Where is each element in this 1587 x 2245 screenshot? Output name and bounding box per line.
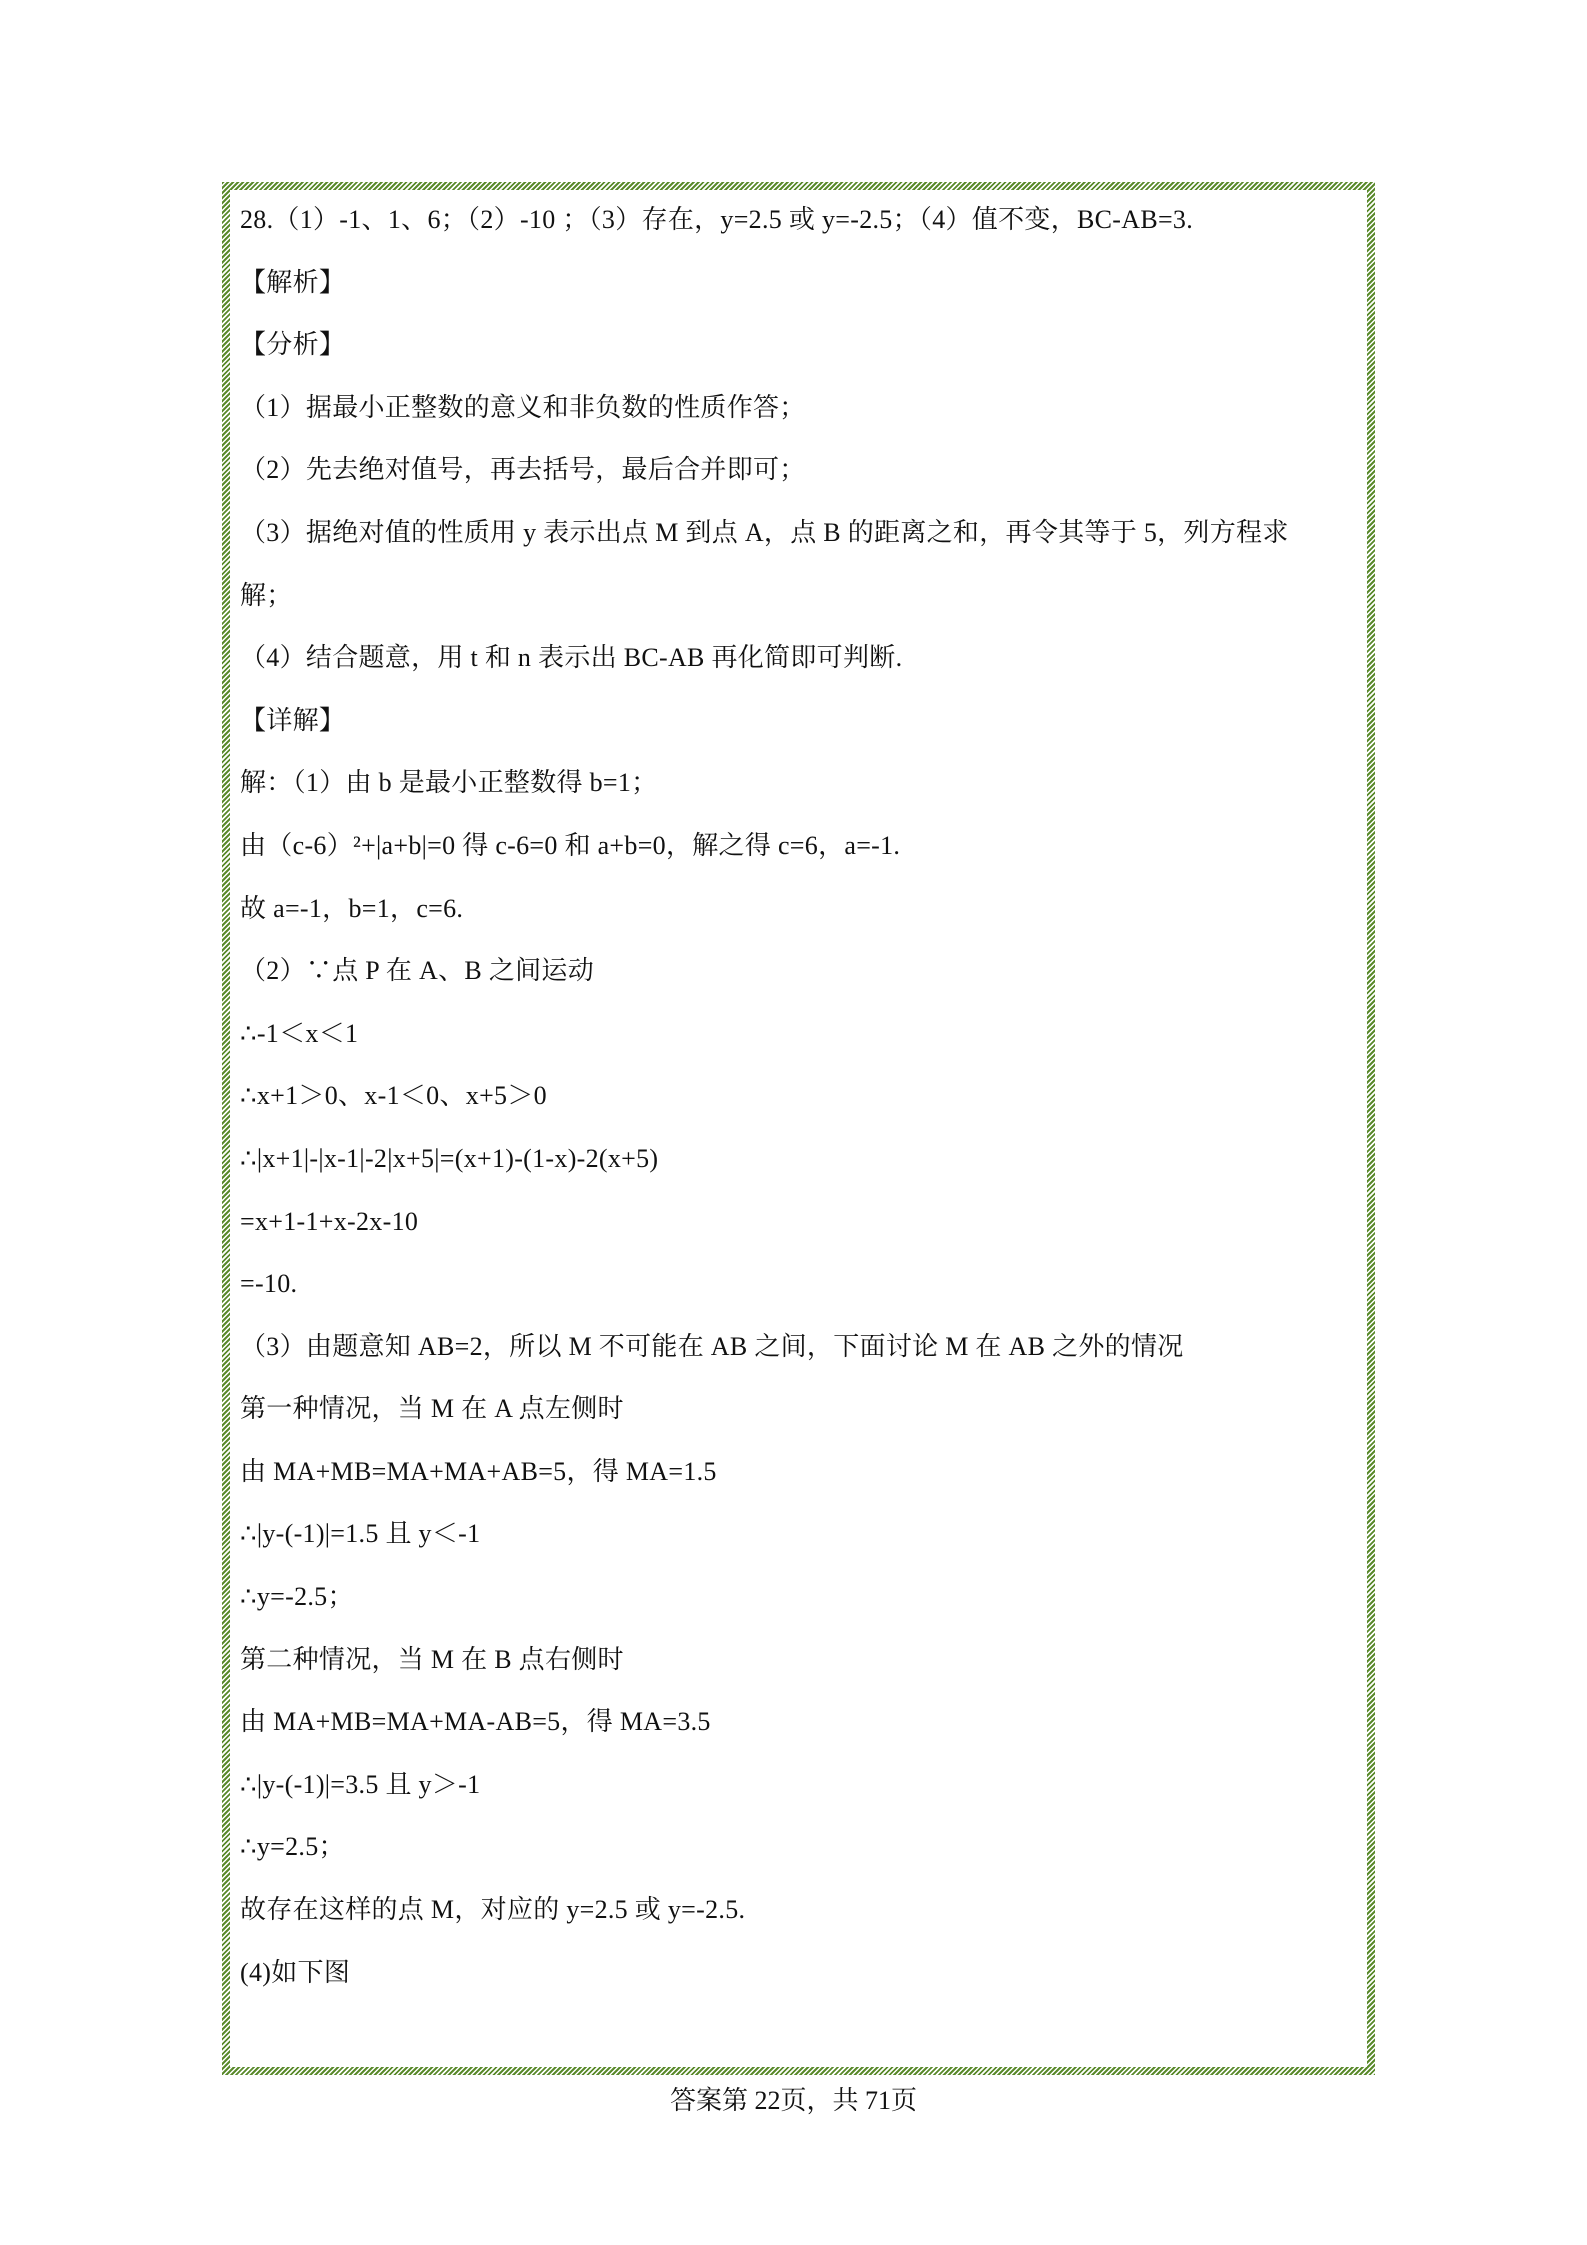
solution-line: ∴|y-(-1)|=1.5 且 y＜-1 <box>240 1514 1357 1577</box>
solution-line: ∴y=2.5； <box>240 1827 1357 1890</box>
answer-summary: 28.（1）-1、1、6；（2）-10 ；（3）存在，y=2.5 或 y=-2.… <box>240 200 1357 263</box>
solution-line: ∴x+1＞0、x-1＜0、x+5＞0 <box>240 1076 1357 1139</box>
solution-line: 故 a=-1，b=1，c=6. <box>240 889 1357 952</box>
solution-line: ∴|y-(-1)|=3.5 且 y＞-1 <box>240 1765 1357 1828</box>
answer-box-content: 28.（1）-1、1、6；（2）-10 ；（3）存在，y=2.5 或 y=-2.… <box>230 190 1367 2067</box>
solution-line: 第二种情况，当 M 在 B 点右侧时 <box>240 1640 1357 1703</box>
solution-line: (4)如下图 <box>240 1953 1357 2016</box>
solution-line: =x+1-1+x-2x-10 <box>240 1202 1357 1265</box>
solution-line: 由（c-6）²+|a+b|=0 得 c-6=0 和 a+b=0，解之得 c=6，… <box>240 826 1357 889</box>
analysis-line-4: （4）结合题意，用 t 和 n 表示出 BC-AB 再化简即可判断. <box>240 638 1357 701</box>
solution-line: 由 MA+MB=MA+MA+AB=5，得 MA=1.5 <box>240 1452 1357 1515</box>
solution-line: 解：（1）由 b 是最小正整数得 b=1； <box>240 763 1357 826</box>
analysis-line-3: （3）据绝对值的性质用 y 表示出点 M 到点 A，点 B 的距离之和，再令其等… <box>240 513 1357 576</box>
section-heading-xiangjie: 【详解】 <box>240 701 1357 764</box>
solution-line: ∴-1＜x＜1 <box>240 1014 1357 1077</box>
solution-line: 由 MA+MB=MA+MA-AB=5，得 MA=3.5 <box>240 1702 1357 1765</box>
solution-line: ∴|x+1|-|x-1|-2|x+5|=(x+1)-(1-x)-2(x+5) <box>240 1139 1357 1202</box>
analysis-line-2: （2）先去绝对值号，再去括号，最后合并即可； <box>240 450 1357 513</box>
solution-line: ∴y=-2.5； <box>240 1577 1357 1640</box>
solution-line: 第一种情况，当 M 在 A 点左侧时 <box>240 1389 1357 1452</box>
page-footer: 答案第 22页，共 71页 <box>0 2081 1587 2121</box>
solution-line: =-10. <box>240 1264 1357 1327</box>
solution-line: 故存在这样的点 M，对应的 y=2.5 或 y=-2.5. <box>240 1890 1357 1953</box>
solution-line: （3）由题意知 AB=2，所以 M 不可能在 AB 之间，下面讨论 M 在 AB… <box>240 1327 1357 1390</box>
answer-box-frame: 28.（1）-1、1、6；（2）-10 ；（3）存在，y=2.5 或 y=-2.… <box>222 182 1375 2075</box>
solution-line: （2）∵点 P 在 A、B 之间运动 <box>240 951 1357 1014</box>
analysis-line-3-cont: 解； <box>240 576 1357 639</box>
analysis-line-1: （1）据最小正整数的意义和非负数的性质作答； <box>240 388 1357 451</box>
section-heading-jiexi: 【解析】 <box>240 263 1357 326</box>
section-heading-fenxi: 【分析】 <box>240 325 1357 388</box>
